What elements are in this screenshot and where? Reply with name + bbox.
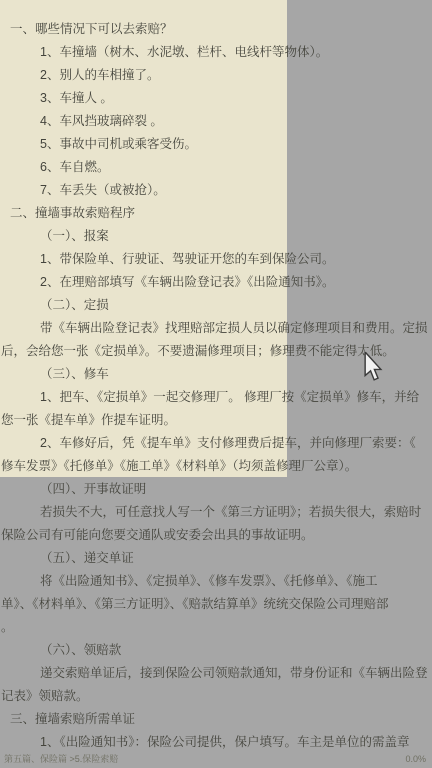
text-line: 一、哪些情况下可以去索赔？ <box>0 18 432 41</box>
status-bar: 第五篇、保险篇 >5.保险索赔 0.0% <box>0 751 432 768</box>
text-line: （五）、递交单证 <box>0 547 432 570</box>
text-layer: 一、哪些情况下可以去索赔？1、车撞墙（树木、水泥墩、栏杆、电线杆等物体）。2、别… <box>0 0 432 754</box>
text-line: （一）、报案 <box>0 225 432 248</box>
text-line: （三）、修车 <box>0 363 432 386</box>
reading-progress: 0.0% <box>405 754 426 764</box>
text-line: 5、事故中司机或乘客受伤。 <box>0 133 432 156</box>
text-line: 2、在理赔部填写《车辆出险登记表》《出险通知书》。 <box>0 271 432 294</box>
text-line: 4、车风挡玻璃碎裂 。 <box>0 110 432 133</box>
text-line: 6、车自燃。 <box>0 156 432 179</box>
text-line: 2、别人的车相撞了。 <box>0 64 432 87</box>
text-line: 记表》领赔款。 <box>0 685 432 708</box>
text-line: 若损失不大，可任意找人写一个《第三方证明》；若损失很大，索赔时 <box>0 501 432 524</box>
text-line: 1、车撞墙（树木、水泥墩、栏杆、电线杆等物体）。 <box>0 41 432 64</box>
text-line: 保险公司有可能向您要交通队或安委会出具的事故证明。 <box>0 524 432 547</box>
text-line: 修车发票》《托修单》《施工单》《材料单》（均须盖修理厂公章）。 <box>0 455 432 478</box>
text-line: 3、车撞人 。 <box>0 87 432 110</box>
text-line: 二、撞墙事故索赔程序 <box>0 202 432 225</box>
text-line: 1、带保险单、行驶证、驾驶证开您的车到保险公司。 <box>0 248 432 271</box>
text-line: 您一张《提车单》作提车证明。 <box>0 409 432 432</box>
text-line: 将《出险通知书》、《定损单》、《修车发票》、《托修单》、《施工 <box>0 570 432 593</box>
text-line: 2、车修好后，凭《提车单》支付修理费后提车，并向修理厂索要：《 <box>0 432 432 455</box>
text-line: 后，会给您一张《定损单》。不要遗漏修理项目；修理费不能定得太低。 <box>0 340 432 363</box>
text-line: 递交索赔单证后，接到保险公司领赔款通知，带身份证和《车辆出险登 <box>0 662 432 685</box>
text-line: 三、撞墙索赔所需单证 <box>0 708 432 731</box>
text-line: 。 <box>0 616 432 639</box>
reader-window: 一、哪些情况下可以去索赔？1、车撞墙（树木、水泥墩、栏杆、电线杆等物体）。2、别… <box>0 0 432 768</box>
text-line: 单》、《材料单》、《第三方证明》、《赔款结算单》统统交保险公司理赔部 <box>0 593 432 616</box>
text-line: 7、车丢失（或被抢）。 <box>0 179 432 202</box>
text-line: （六）、领赔款 <box>0 639 432 662</box>
text-line: （四）、开事故证明 <box>0 478 432 501</box>
breadcrumb: 第五篇、保险篇 >5.保险索赔 <box>4 752 118 765</box>
text-line: 1、把车、《定损单》一起交修理厂。 修理厂按《定损单》修车，并给 <box>0 386 432 409</box>
text-line: 带《车辆出险登记表》找理赔部定损人员以确定修理项目和费用。定损 <box>0 317 432 340</box>
text-line: （二）、定损 <box>0 294 432 317</box>
